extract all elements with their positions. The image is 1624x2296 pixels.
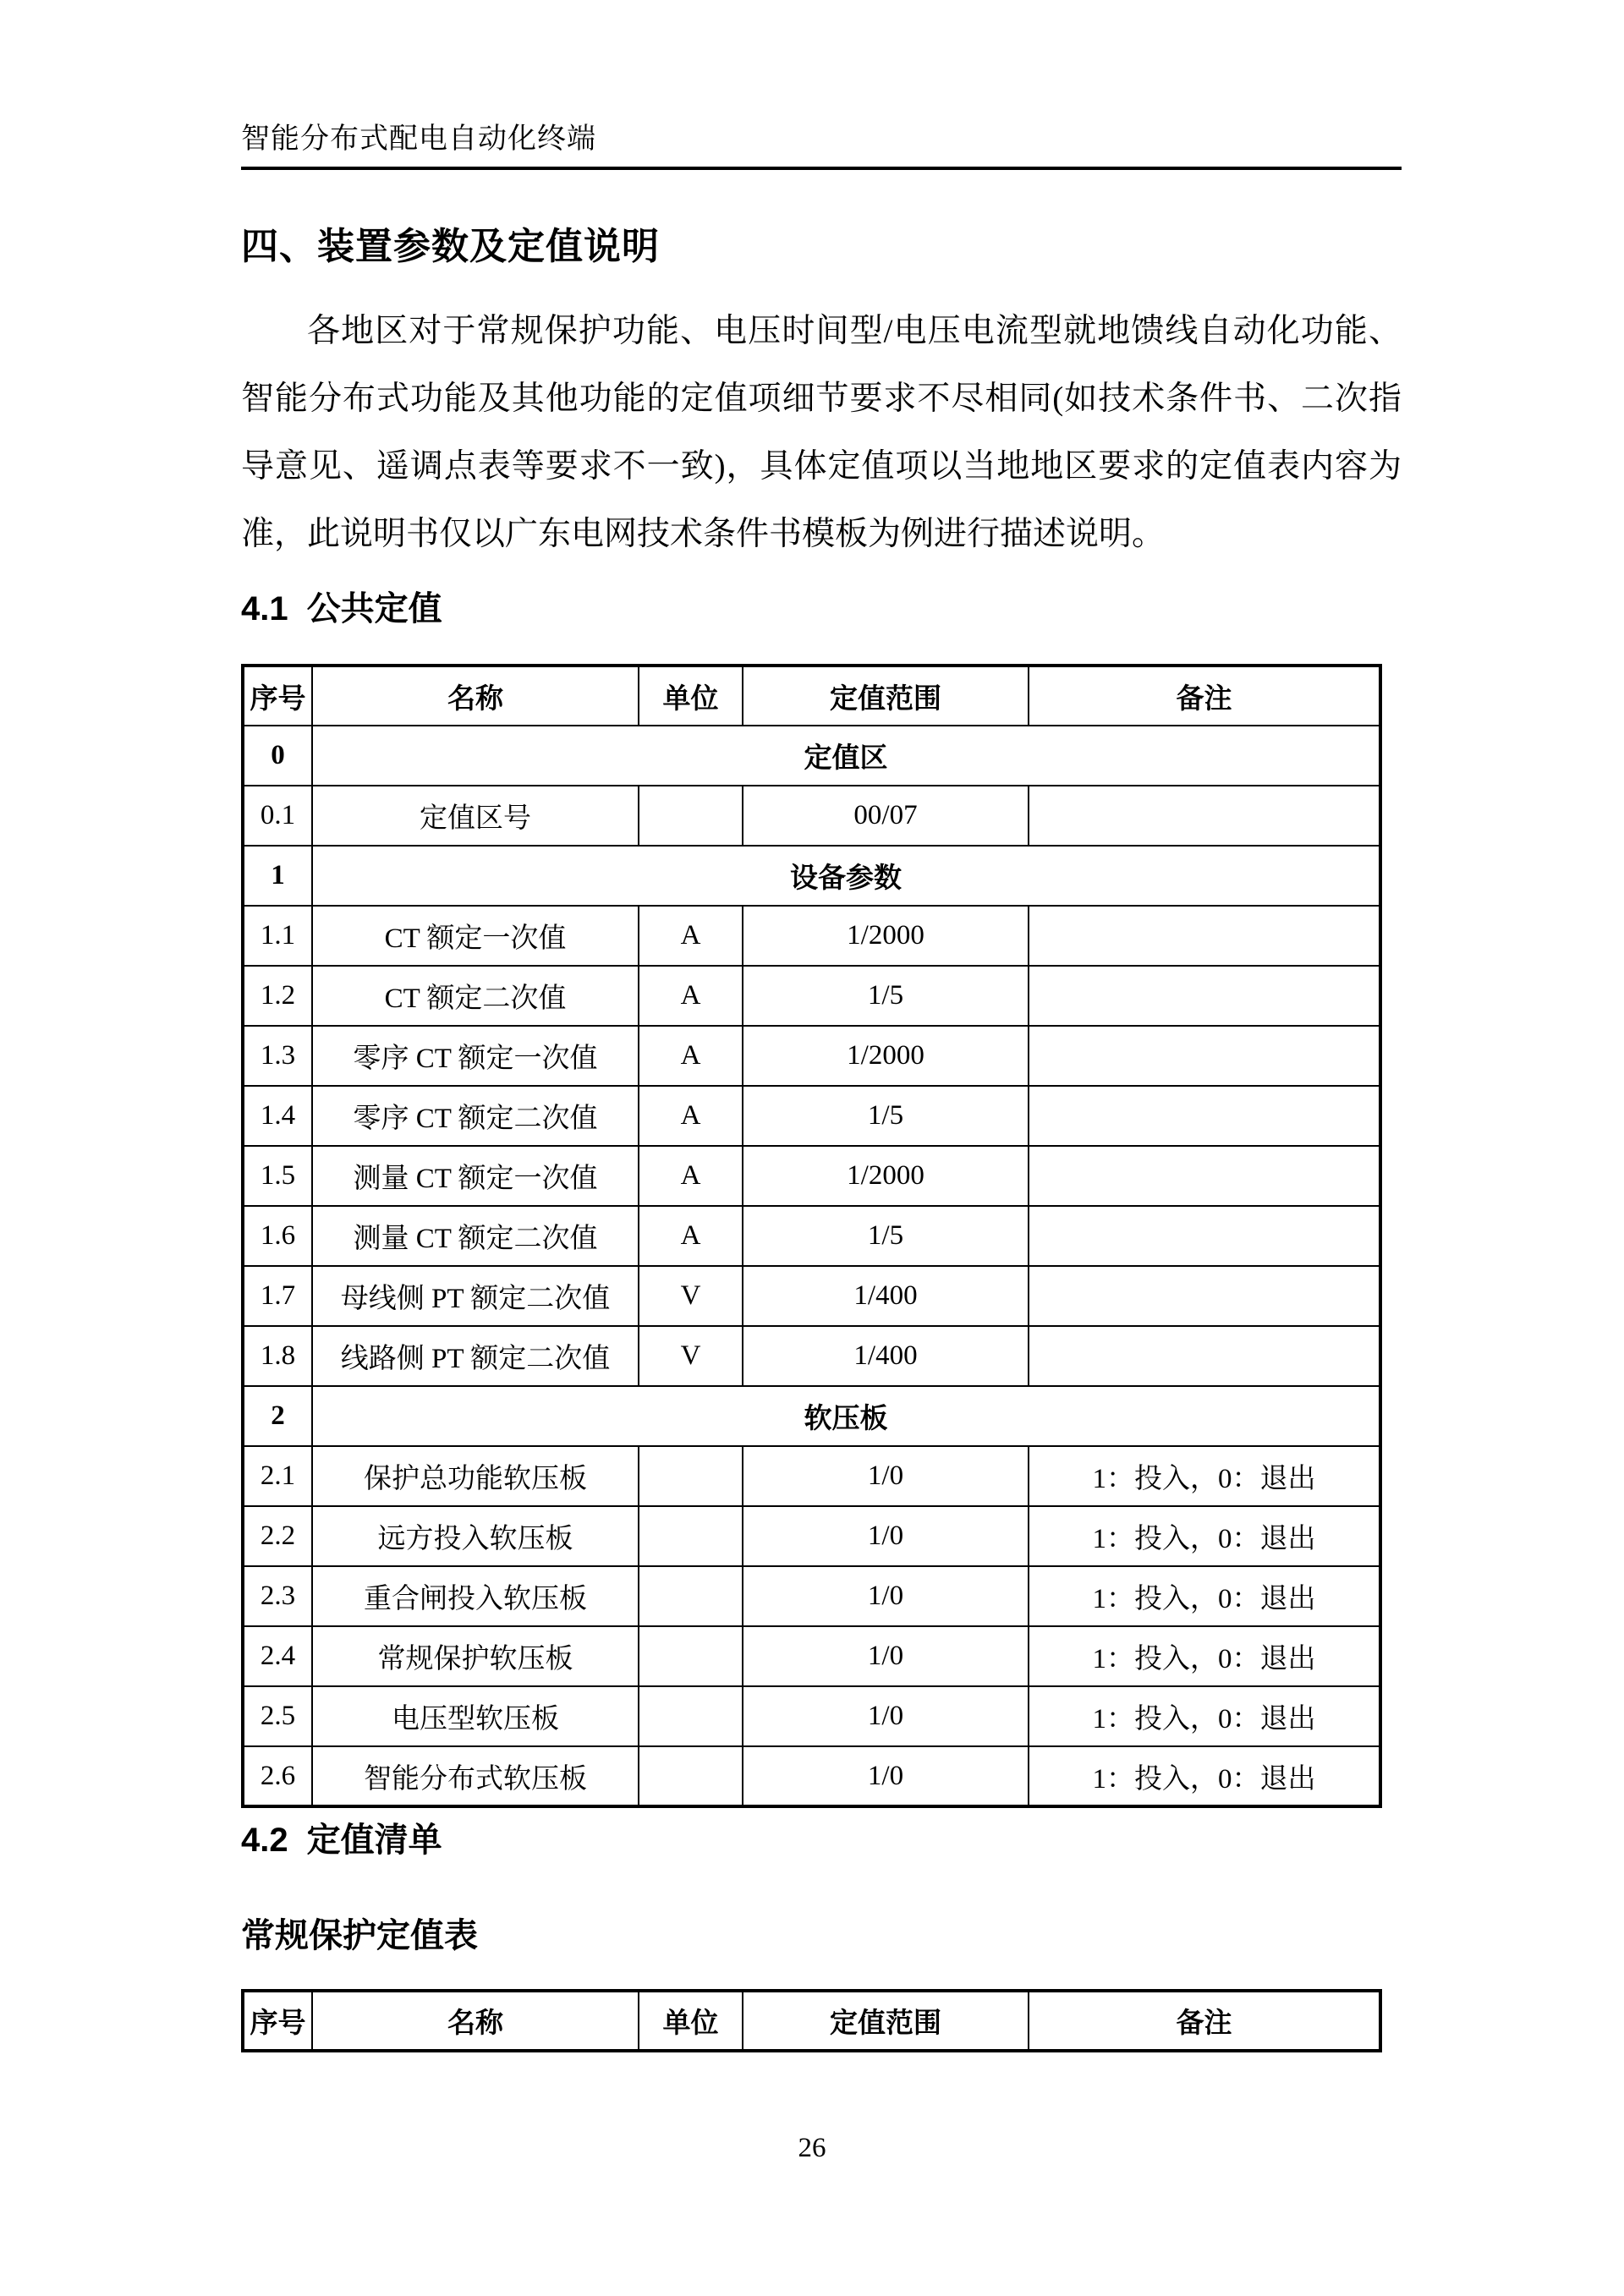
cell-section-title: 软压板 (312, 1386, 1380, 1446)
heading-4-1: 4.1公共定值 (241, 589, 442, 628)
cell-no: 0.1 (243, 786, 312, 846)
cell-no: 2.4 (243, 1626, 312, 1686)
cell-unit: V (639, 1326, 743, 1386)
subtable-title: 常规保护定值表 (241, 1916, 478, 1955)
cell-range: 1/0 (743, 1686, 1029, 1746)
cell-range: 1/2000 (743, 1026, 1029, 1086)
cell-name: 零序 CT 额定一次值 (312, 1026, 639, 1086)
cell-range: 1/2000 (743, 906, 1029, 966)
table1-header-range: 定值范围 (743, 666, 1029, 726)
cell-no: 2.5 (243, 1686, 312, 1746)
cell-range: 1/5 (743, 966, 1029, 1026)
table-row: 2.2远方投入软压板1/01：投入，0：退出 (243, 1506, 1380, 1566)
cell-note (1029, 786, 1380, 846)
cell-range: 1/0 (743, 1446, 1029, 1506)
cell-no: 2.3 (243, 1566, 312, 1626)
cell-note: 1：投入，0：退出 (1029, 1446, 1380, 1506)
cell-note (1029, 1026, 1380, 1086)
cell-unit (639, 1506, 743, 1566)
cell-note: 1：投入，0：退出 (1029, 1686, 1380, 1746)
table2-header-name: 名称 (312, 1991, 639, 2051)
table-row: 2.3重合闸投入软压板1/01：投入，0：退出 (243, 1566, 1380, 1626)
intro-paragraph: 各地区对于常规保护功能、电压时间型/电压电流型就地馈线自动化功能、智能分布式功能… (241, 298, 1402, 568)
section-4-title: 四、装置参数及定值说明 (241, 225, 660, 269)
cell-unit (639, 1686, 743, 1746)
heading-4-2-title: 定值清单 (307, 1822, 442, 1859)
common-settings-table: 序号 名称 单位 定值范围 备注 0定值区0.1定值区号00/071设备参数1.… (241, 664, 1382, 1808)
cell-range: 1/5 (743, 1086, 1029, 1146)
cell-range: 1/0 (743, 1566, 1029, 1626)
heading-4-2-number: 4.2 (241, 1822, 288, 1859)
cell-range: 00/07 (743, 786, 1029, 846)
table-row: 1.1CT 额定一次值A1/2000 (243, 906, 1380, 966)
cell-name: 电压型软压板 (312, 1686, 639, 1746)
cell-no: 2 (243, 1386, 312, 1446)
cell-name: 常规保护软压板 (312, 1626, 639, 1686)
table1-header-row: 序号 名称 单位 定值范围 备注 (243, 666, 1380, 726)
regular-protection-table: 序号 名称 单位 定值范围 备注 (241, 1989, 1382, 2052)
table2-header-note: 备注 (1029, 1991, 1380, 2051)
cell-name: 定值区号 (312, 786, 639, 846)
cell-note (1029, 906, 1380, 966)
cell-section-title: 设备参数 (312, 846, 1380, 906)
table2-header-no: 序号 (243, 1991, 312, 2051)
cell-name: 重合闸投入软压板 (312, 1566, 639, 1626)
cell-no: 1.4 (243, 1086, 312, 1146)
cell-range: 1/0 (743, 1506, 1029, 1566)
cell-unit (639, 1746, 743, 1806)
cell-note (1029, 1086, 1380, 1146)
cell-unit: A (639, 906, 743, 966)
table-row: 1.3零序 CT 额定一次值A1/2000 (243, 1026, 1380, 1086)
cell-unit: V (639, 1266, 743, 1326)
table-section-row: 0定值区 (243, 726, 1380, 786)
cell-name: 智能分布式软压板 (312, 1746, 639, 1806)
table1-header-no: 序号 (243, 666, 312, 726)
table-row: 1.4零序 CT 额定二次值A1/5 (243, 1086, 1380, 1146)
cell-unit: A (639, 966, 743, 1026)
cell-name: 保护总功能软压板 (312, 1446, 639, 1506)
cell-range: 1/400 (743, 1326, 1029, 1386)
cell-no: 0 (243, 726, 312, 786)
table-row: 2.5电压型软压板1/01：投入，0：退出 (243, 1686, 1380, 1746)
cell-no: 1.2 (243, 966, 312, 1026)
table1-body: 0定值区0.1定值区号00/071设备参数1.1CT 额定一次值A1/20001… (243, 726, 1380, 1806)
page-number: 26 (0, 2133, 1624, 2164)
table2-header-row: 序号 名称 单位 定值范围 备注 (243, 1991, 1380, 2051)
cell-name: 母线侧 PT 额定二次值 (312, 1266, 639, 1326)
cell-no: 2.1 (243, 1446, 312, 1506)
table-row: 0.1定值区号00/07 (243, 786, 1380, 846)
cell-range: 1/0 (743, 1746, 1029, 1806)
cell-no: 1.7 (243, 1266, 312, 1326)
cell-no: 1.6 (243, 1206, 312, 1266)
cell-unit (639, 786, 743, 846)
cell-range: 1/5 (743, 1206, 1029, 1266)
cell-unit (639, 1566, 743, 1626)
cell-name: 测量 CT 额定一次值 (312, 1146, 639, 1206)
table-row: 1.7母线侧 PT 额定二次值V1/400 (243, 1266, 1380, 1326)
cell-name: 线路侧 PT 额定二次值 (312, 1326, 639, 1386)
table1-header-unit: 单位 (639, 666, 743, 726)
table2-header-range: 定值范围 (743, 1991, 1029, 2051)
cell-note (1029, 966, 1380, 1026)
cell-note: 1：投入，0：退出 (1029, 1626, 1380, 1686)
table-row: 2.4常规保护软压板1/01：投入，0：退出 (243, 1626, 1380, 1686)
table2-header-unit: 单位 (639, 1991, 743, 2051)
heading-4-1-number: 4.1 (241, 590, 288, 627)
table-row: 1.8线路侧 PT 额定二次值V1/400 (243, 1326, 1380, 1386)
cell-no: 1 (243, 846, 312, 906)
document-header-title: 智能分布式配电自动化终端 (241, 115, 596, 156)
cell-no: 1.3 (243, 1026, 312, 1086)
cell-range: 1/2000 (743, 1146, 1029, 1206)
document-page: 智能分布式配电自动化终端 四、装置参数及定值说明 各地区对于常规保护功能、电压时… (0, 0, 1624, 2296)
header-rule (241, 167, 1402, 170)
cell-no: 1.8 (243, 1326, 312, 1386)
table-section-row: 1设备参数 (243, 846, 1380, 906)
cell-note (1029, 1266, 1380, 1326)
table-row: 2.1保护总功能软压板1/01：投入，0：退出 (243, 1446, 1380, 1506)
cell-unit (639, 1626, 743, 1686)
cell-unit: A (639, 1146, 743, 1206)
cell-name: 测量 CT 额定二次值 (312, 1206, 639, 1266)
cell-note: 1：投入，0：退出 (1029, 1566, 1380, 1626)
cell-note (1029, 1146, 1380, 1206)
cell-no: 2.2 (243, 1506, 312, 1566)
cell-note (1029, 1206, 1380, 1266)
heading-4-2: 4.2定值清单 (241, 1821, 442, 1860)
cell-no: 1.1 (243, 906, 312, 966)
cell-name: 零序 CT 额定二次值 (312, 1086, 639, 1146)
table-row: 1.2CT 额定二次值A1/5 (243, 966, 1380, 1026)
heading-4-1-title: 公共定值 (307, 590, 442, 627)
cell-name: CT 额定一次值 (312, 906, 639, 966)
cell-note: 1：投入，0：退出 (1029, 1506, 1380, 1566)
cell-unit (639, 1446, 743, 1506)
table-row: 1.5测量 CT 额定一次值A1/2000 (243, 1146, 1380, 1206)
table-row: 1.6测量 CT 额定二次值A1/5 (243, 1206, 1380, 1266)
cell-name: 远方投入软压板 (312, 1506, 639, 1566)
cell-range: 1/400 (743, 1266, 1029, 1326)
cell-no: 2.6 (243, 1746, 312, 1806)
table-section-row: 2软压板 (243, 1386, 1380, 1446)
cell-note (1029, 1326, 1380, 1386)
cell-note: 1：投入，0：退出 (1029, 1746, 1380, 1806)
table-row: 2.6智能分布式软压板1/01：投入，0：退出 (243, 1746, 1380, 1806)
table1-header-name: 名称 (312, 666, 639, 726)
table1-header-note: 备注 (1029, 666, 1380, 726)
cell-range: 1/0 (743, 1626, 1029, 1686)
cell-no: 1.5 (243, 1146, 312, 1206)
cell-section-title: 定值区 (312, 726, 1380, 786)
cell-name: CT 额定二次值 (312, 966, 639, 1026)
cell-unit: A (639, 1086, 743, 1146)
cell-unit: A (639, 1206, 743, 1266)
cell-unit: A (639, 1026, 743, 1086)
